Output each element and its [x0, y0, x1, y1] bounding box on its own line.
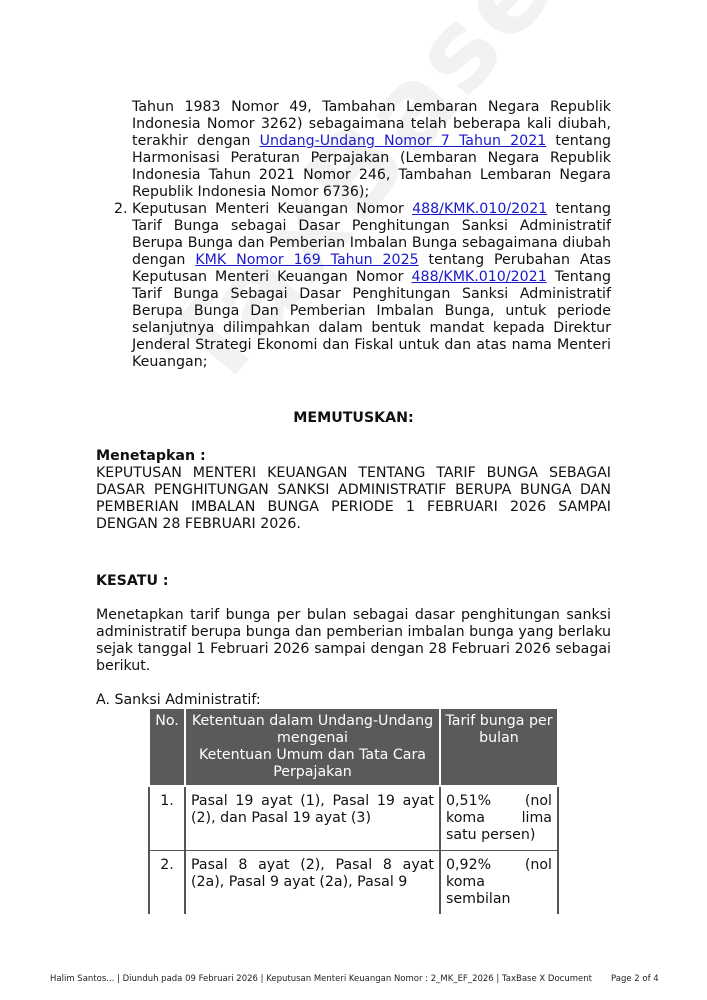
kesatu-label: KESATU :	[96, 573, 611, 590]
row-rate: 0,92% (nol koma sembilan	[440, 851, 558, 915]
row-rate: 0,51% (nol koma lima satu persen)	[440, 786, 558, 851]
link-uu-7-2021[interactable]: Undang-Undang Nomor 7 Tahun 2021	[260, 133, 547, 149]
link-kmk-169-2025[interactable]: KMK Nomor 169 Tahun 2025	[195, 252, 418, 268]
table-header-row: No. Ketentuan dalam Undang-Undang mengen…	[149, 708, 558, 786]
header-line: Ketentuan Umum dan Tata Cara	[199, 747, 426, 763]
establish-label: Menetapkan :	[96, 448, 611, 465]
link-kmk-488-2021-second[interactable]: 488/KMK.010/2021	[412, 269, 547, 285]
link-kmk-488-2021[interactable]: 488/KMK.010/2021	[412, 201, 547, 217]
row-provision: Pasal 19 ayat (1), Pasal 19 ayat (2), da…	[185, 786, 440, 851]
row-no: 1.	[149, 786, 185, 851]
table-row: 2. Pasal 8 ayat (2), Pasal 8 ayat (2a), …	[149, 851, 558, 915]
page-number: Page 2 of 4	[611, 974, 659, 984]
establish-text: KEPUTUSAN MENTERI KEUANGAN TENTANG TARIF…	[96, 465, 611, 533]
row-provision: Pasal 8 ayat (2), Pasal 8 ayat (2a), Pas…	[185, 851, 440, 915]
interest-rate-table: No. Ketentuan dalam Undang-Undang mengen…	[148, 707, 559, 914]
header-rate: Tarif bunga per bulan	[440, 708, 558, 786]
header-line: Perpajakan	[273, 764, 352, 780]
header-line: Ketentuan dalam Undang-Undang	[192, 713, 433, 729]
kesatu-body: Menetapkan tarif bunga per bulan sebagai…	[96, 607, 611, 675]
footer-document-info: Halim Santos... | Diunduh pada 09 Februa…	[50, 974, 592, 984]
consideration-item-2: 2. Keputusan Menteri Keuangan Nomor 488/…	[96, 201, 611, 371]
header-line: mengenai	[277, 730, 348, 746]
document-body: Tahun 1983 Nomor 49, Tambahan Lembaran N…	[96, 99, 611, 709]
list-number: 2.	[114, 201, 128, 218]
row-no: 2.	[149, 851, 185, 915]
header-provision: Ketentuan dalam Undang-Undang mengenai K…	[185, 708, 440, 786]
decision-heading: MEMUTUSKAN:	[96, 410, 611, 427]
header-no: No.	[149, 708, 185, 786]
table-row: 1. Pasal 19 ayat (1), Pasal 19 ayat (2),…	[149, 786, 558, 851]
text: Keputusan Menteri Keuangan Nomor	[132, 201, 412, 217]
consideration-item-1-continuation: Tahun 1983 Nomor 49, Tambahan Lembaran N…	[96, 99, 611, 201]
